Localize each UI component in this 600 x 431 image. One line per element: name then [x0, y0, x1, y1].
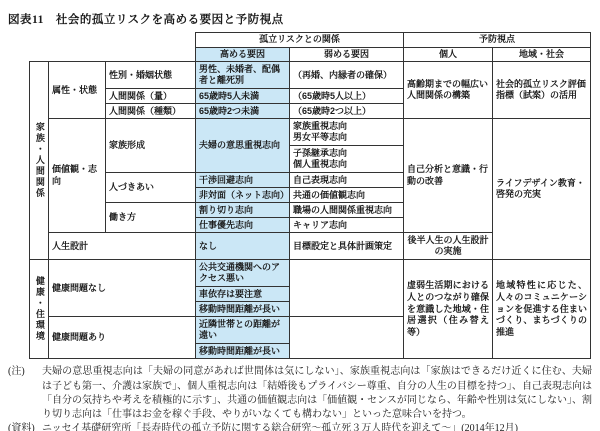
weaken-rel-qty: （65歳時5人以上） [290, 89, 404, 104]
item-sex-marital: 性別・婚姻状態 [106, 62, 196, 89]
increase-health-none-3: 移動時間距離が長い [196, 302, 290, 317]
corner-cell [30, 33, 196, 62]
increase-sex-marital: 男性、未婚者、配偶者と離死別 [196, 62, 290, 89]
community-health: 地域特性に応じた、人々のコミュニケーションを促進する住まいづくり、まちづくりの推… [493, 260, 591, 359]
individual-life-design: 後半人生の人生設計の実施 [404, 233, 493, 260]
item-rel-kind: 人間関係（種類） [106, 104, 196, 119]
increase-life-design: なし [196, 233, 290, 260]
group-family: 家族・人間関係 [30, 62, 49, 260]
item-rel-qty: 人間関係（量） [106, 89, 196, 104]
increase-health-none-2: 車依存は要注意 [196, 287, 290, 302]
weaken-workstyle-1: 職場の人間関係重視志向 [290, 203, 404, 218]
increase-workstyle-1: 割り切り志向 [196, 203, 290, 218]
item-workstyle: 働き方 [106, 203, 196, 233]
weaken-family-formation-2: 子孫継承志向 個人重視志向 [290, 146, 404, 173]
individual-health: 虚弱生活期における人とのつながり確保を意識した地域・住居選択（住み替え等） [404, 260, 493, 359]
weaken-health-yes-empty [290, 317, 404, 359]
increase-health-yes-2: 移動時間距離が長い [196, 344, 290, 359]
figure-title: 図表11 社会的孤立リスクを高める要因と予防視点 [8, 11, 600, 27]
subgroup-attr-state: 属性・状態 [49, 62, 106, 119]
increase-socializing-2: 非対面（ネット志向） [196, 188, 290, 203]
increase-health-yes-1: 近隣世帯との距離が遠い [196, 317, 290, 344]
increase-workstyle-2: 仕事優先志向 [196, 218, 290, 233]
community-attr: 社会的孤立リスク評価指標（試案）の活用 [493, 62, 591, 119]
note-label: (注) [8, 365, 42, 379]
subgroup-health-yes: 健康問題あり [49, 317, 196, 359]
weaken-sex-marital: （再婚、内縁者の確保） [290, 62, 404, 89]
item-family-formation: 家族形成 [106, 119, 196, 173]
increase-family-formation: 夫婦の意思重視志向 [196, 119, 290, 173]
subgroup-values: 価値観・志向 [49, 119, 106, 233]
weaken-health-none-empty [290, 260, 404, 317]
header-row-1: 孤立リスクとの関係 予防視点 [30, 33, 591, 48]
footnotes: (注) 夫婦の意思重視志向は「夫婦の同意があれば世間体は気にしない」、家族重視志… [8, 365, 592, 431]
source-label: (資料) [8, 422, 42, 431]
individual-values: 自己分析と意識・行動の改善 [404, 119, 493, 233]
note-text: 夫婦の意思重視志向は「夫婦の同意があれば世間体は気にしない」、家族重視志向は「家… [42, 365, 592, 422]
source-text: ニッセイ基礎研究所「長寿時代の孤立予防に関する総合研究～孤立死３万人時代を迎えて… [42, 422, 592, 431]
weaken-workstyle-2: キャリア志向 [290, 218, 404, 233]
weaken-rel-kind: （65歳時2つ以上） [290, 104, 404, 119]
group-health: 健康・住環境 [30, 260, 49, 359]
subgroup-health-none: 健康問題なし [49, 260, 196, 317]
increase-rel-qty: 65歳時5人未満 [196, 89, 290, 104]
weaken-family-formation-1: 家族重視志向 男女平等志向 [290, 119, 404, 146]
header-relation: 孤立リスクとの関係 [196, 33, 404, 48]
header-weaken: 弱める要因 [290, 47, 404, 62]
isolation-risk-table: 孤立リスクとの関係 予防視点 高める要因 弱める要因 個人 地域・社会 家族・人… [29, 32, 591, 359]
subgroup-life-design: 人生設計 [49, 233, 196, 260]
item-socializing: 人づきあい [106, 173, 196, 203]
individual-attr: 高齢期までの幅広い人間関係の構築 [404, 62, 493, 119]
table-row: 健康・住環境 健康問題なし 公共交通機関へのアクセス悪い 虚弱生活期における人と… [30, 260, 591, 287]
header-community: 地域・社会 [493, 47, 591, 62]
header-prevention: 予防視点 [404, 33, 591, 48]
figure-page: 図表11 社会的孤立リスクを高める要因と予防視点 孤立リスクとの関係 予防視点 … [0, 0, 600, 431]
increase-rel-kind: 65歳時2つ未満 [196, 104, 290, 119]
table-row: 価値観・志向 家族形成 夫婦の意思重視志向 家族重視志向 男女平等志向 自己分析… [30, 119, 591, 146]
weaken-socializing-1: 自己表現志向 [290, 173, 404, 188]
weaken-socializing-2: 共通の価値観志向 [290, 188, 404, 203]
source-row: (資料) ニッセイ基礎研究所「長寿時代の孤立予防に関する総合研究～孤立死３万人時… [8, 422, 592, 431]
community-values: ライフデザイン教育・啓発の充実 [493, 119, 591, 260]
header-individual: 個人 [404, 47, 493, 62]
note-row: (注) 夫婦の意思重視志向は「夫婦の同意があれば世間体は気にしない」、家族重視志… [8, 365, 592, 422]
table-row: 家族・人間関係 属性・状態 性別・婚姻状態 男性、未婚者、配偶者と離死別 （再婚… [30, 62, 591, 89]
increase-health-none-1: 公共交通機関へのアクセス悪い [196, 260, 290, 287]
weaken-life-design: 目標設定と具体計画策定 [290, 233, 404, 260]
increase-socializing-1: 干渉回避志向 [196, 173, 290, 188]
header-increase: 高める要因 [196, 47, 290, 62]
